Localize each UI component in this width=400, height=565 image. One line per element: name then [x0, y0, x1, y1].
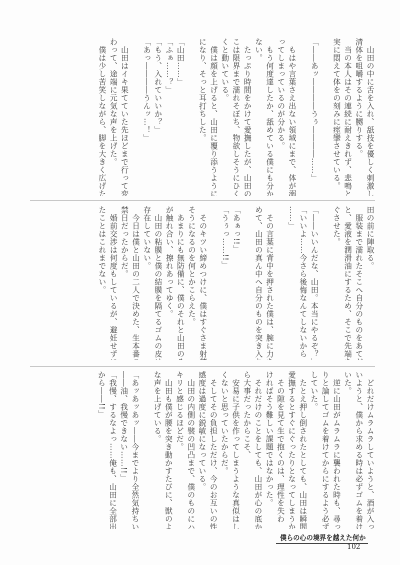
vertical-text-block: 山田の中に舌を入れ、舐技を優しく刺激し、清体を咀嚼するように嬲りする。当の本人は…: [28, 38, 376, 196]
text-column: 山田の内側の襞の凹凸まで、僕のものにハッ: [186, 371, 197, 529]
text-column: 愛撫するとすぐにぐったりとなってしまうから、: [286, 371, 297, 529]
text-column: 今日は僕と山田の二人で決めた、生本番の解: [130, 206, 141, 360]
text-band-bottom: どれだけムラムラしていようと、酒が入っていようと、僕から求める時は必ずゴムを着け…: [28, 371, 376, 529]
text-column: いようと、僕から求める時は必ずゴムを着けて: [354, 371, 365, 529]
text-column: 「あっ――――うんッ…！」: [141, 38, 152, 142]
text-column: 「うぅっ……!!」: [220, 206, 231, 269]
text-column: 「ふぁ……？」: [164, 38, 175, 94]
text-column: ない。: [253, 38, 264, 62]
text-column: 山田の中に舌を入れ、舐技を優しく刺激し、: [365, 38, 376, 196]
text-column: 禁日だったからだ。: [119, 206, 130, 278]
text-column: その言葉に背中を押された僕は、腕に力をこ: [264, 206, 275, 360]
text-band-top: 山田の中に舌を入れ、舐技を優しく刺激し、清体を咀嚼するように嬲りする。当の本人は…: [28, 38, 376, 196]
text-column: ……」: [287, 206, 298, 230]
text-column: 存在していない。: [142, 206, 153, 270]
text-column: ぐさせた。: [331, 206, 342, 246]
text-column: その隙を見て生で抱くのは、理性を失わ: [275, 371, 286, 523]
text-column: 山田はイキ果てていた先ほどまで行って変: [119, 38, 130, 196]
text-column: くと動いている。: [220, 38, 231, 102]
text-column: もはや言葉さえ出ない領域にまで、体が溺ま: [287, 38, 298, 196]
text-column: 安易に子供を作ってしまうような真似はし: [230, 371, 241, 529]
text-column: 山田も僕が腰を突き動かすたびに、獣のよう: [163, 371, 174, 529]
text-column: 「あぁっ!!」: [231, 206, 242, 253]
text-column: 婚前交渉は何度もしているが、避妊せずにし: [108, 206, 119, 360]
text-column: たとえ押し倒されたとしても、山田は瞬間や腰を: [298, 371, 309, 529]
text-column: どれだけムラムラしていようと、酒が入って: [365, 371, 376, 529]
novel-page: 山田の中に舌を入れ、舐技を優しく刺激し、清体を咀嚼するように嬲りする。当の本人は…: [0, 0, 400, 565]
band-divider: [30, 366, 375, 367]
text-column: もう何度達したか、舐めている僕にも分から: [264, 38, 275, 196]
vertical-text-block: 田の前に陣取る。服装まで濡れたそこへ自分のものをあてがうと、愛液を潤滑油にするた…: [28, 206, 376, 360]
text-column: めて、山田の真ん中へ自分のものを突き入れた。: [253, 206, 264, 360]
text-column: そのキツい締めつけに、僕はすぐさま射精し: [198, 206, 209, 360]
text-column: と、愛液を潤滑油にするため、そこで先端をほ: [342, 206, 353, 360]
text-column: になり、そっと耳打ちした。: [197, 38, 208, 142]
text-column: 山田の粘膜と僕の結膜を隔てるゴムの皮は、: [153, 206, 164, 360]
text-column: 服装まで濡れたそこへ自分のものをあてがう: [354, 206, 365, 360]
text-column: 「あッあッあッ――今までより全然気持ちいい: [130, 371, 141, 529]
text-column: それだけのことをしても、山田が心の底か: [253, 371, 264, 529]
text-column: な声を上げている。: [152, 371, 163, 443]
text-column: 田の前に陣取る。: [365, 206, 376, 270]
text-column: 僕は顔を上げると、山田に覆り添うように横: [208, 38, 219, 196]
text-column: たっぷり時間をかけて愛撫したが、山田のそ: [242, 38, 253, 196]
text-column: こは限界まで濡れそぼち、物欲しそうにひくひく: [231, 38, 242, 196]
text-column: ――油、我慢できない……!!」: [119, 371, 130, 482]
text-column: 「――あッ――――うぅ――――……」: [309, 38, 320, 182]
text-column: くないと思っていたからだ。: [219, 371, 230, 475]
text-column: ってしまっているのが分かる。: [276, 38, 287, 150]
text-column: 逆に山田がムラムラに襲われた時も、尋って: [331, 371, 342, 529]
text-column: 「山田……」: [175, 38, 186, 86]
text-column: 実に悶えて体をの刻みに痙攣させている。: [331, 38, 342, 190]
band-divider: [30, 200, 375, 201]
text-column: が触れ合い、擦れあってゆく。: [164, 206, 175, 318]
text-column: 当の本人はその連続に耐えきれず、悲鳴と体: [342, 38, 353, 196]
text-column: ら大事だったからこそ、: [242, 371, 253, 459]
text-column: ければそう難しい課題ではなかった。: [264, 371, 275, 507]
text-column: わって、途端に元気な声を上げた。: [108, 38, 119, 166]
text-column: あまりにも無防備に、僕のそれと山田のそこ: [175, 206, 186, 360]
text-column: から――!!」: [96, 371, 107, 418]
text-column: 僕は少し苦笑しながら、脚を大きく広げた山: [97, 38, 108, 196]
text-column: 「もう、入れていいか？」: [153, 38, 164, 134]
text-column: 「いいよ……今さら後悔なんてしないから: [298, 206, 309, 358]
vertical-text-block: どれだけムラムラしていようと、酒が入っていようと、僕から求める時は必ずゴムを着け…: [28, 371, 376, 529]
text-column: キリと感じるほどだ。: [174, 371, 185, 451]
text-band-middle: 田の前に陣取る。服装まで濡れたそこへ自分のものをあてがうと、愛液を潤滑油にするた…: [28, 206, 376, 360]
text-column: 清体を咀嚼するように嬲りする。: [354, 38, 365, 158]
text-column: 感度は過度に鋭敏になっている。: [197, 371, 208, 491]
text-column: 「――いいんだな、山田。本当にやるぞ？」: [309, 206, 320, 360]
page-number: 102: [347, 543, 360, 551]
text-column: そしてその負担しただけ、今のお互いの性: [208, 371, 219, 529]
text-column: していた。: [309, 371, 320, 411]
text-column: りと論してゴムを着けてからにするよう必ず促: [320, 371, 331, 529]
text-column: たことはこれまでない。: [97, 206, 108, 294]
text-column: いた。: [342, 371, 353, 395]
text-column: そうになるのを何とかこらえた。: [186, 206, 197, 326]
text-column: 「我慢、するなよっ……俺も、山田に全部出す: [107, 371, 118, 529]
